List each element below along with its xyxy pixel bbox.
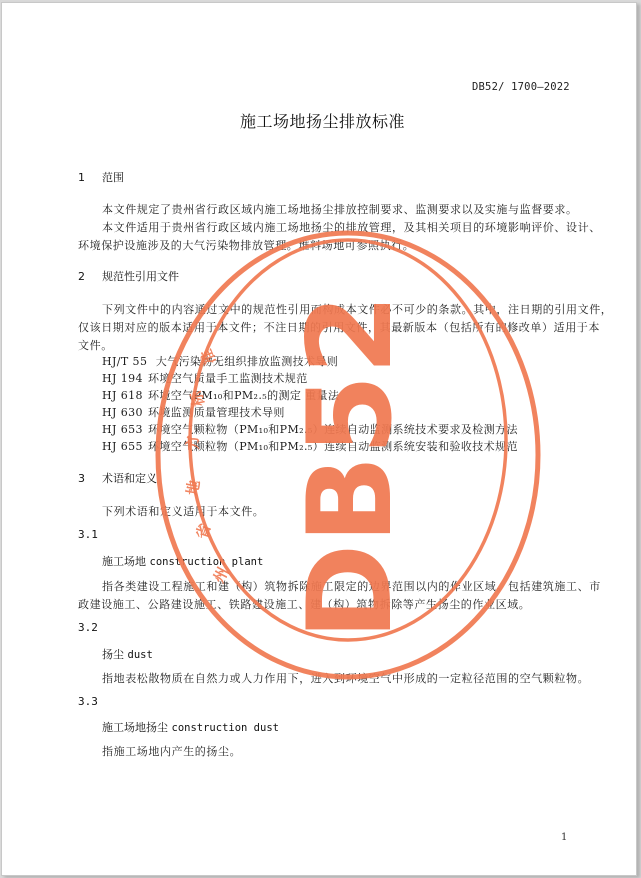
reference-item: HJ 630环境监测质量管理技术导则 (102, 404, 285, 420)
section-title: 术语和定义 (102, 472, 157, 485)
term-heading: 扬尘 dust (102, 646, 153, 662)
section-2-heading: 2规范性引用文件 (78, 268, 179, 284)
term-en: dust (128, 649, 153, 661)
reference-code: HJ 618 (102, 389, 148, 402)
term-heading: 施工场地 construction plant (102, 553, 263, 569)
document-page: DB52/ 1700—2022 施工场地扬尘排放标准 1范围 本文件规定了贵州省… (1, 2, 637, 876)
reference-item: HJ 618环境空气PM₁₀和PM₂.₅的测定 重量法 (102, 387, 339, 403)
reference-title: 环境空气颗粒物（PM₁₀和PM₂.₅）连续自动监测系统技术要求及检测方法 (148, 423, 518, 436)
section-3-heading: 3术语和定义 (78, 470, 157, 486)
standard-code: DB52/ 1700—2022 (472, 81, 570, 93)
term-definition: 指施工场地内产生的扬尘。 (102, 743, 241, 759)
paragraph-continued: 仅该日期对应的版本适用于本文件；不注日期的引用文件，其最新版本（包括所有的修改单… (78, 319, 600, 335)
page-number: 1 (561, 832, 567, 843)
reference-title: 环境空气PM₁₀和PM₂.₅的测定 重量法 (148, 389, 339, 402)
section-number: 3 (78, 472, 102, 485)
section-title: 范围 (102, 171, 124, 184)
reference-item: HJ 655环境空气颗粒物（PM₁₀和PM₂.₅）连续自动监测系统安装和验收技术… (102, 438, 518, 454)
paragraph: 下列文件中的内容通过文中的规范性引用而构成本文件必不可少的条款。其中，注日期的引… (102, 301, 612, 317)
section-1-heading: 1范围 (78, 169, 124, 185)
paragraph: 本文件适用于贵州省行政区域内施工场地扬尘的排放管理，及其相关项目的环境影响评价、… (102, 219, 601, 235)
term-number: 3.1 (78, 528, 98, 541)
reference-code: HJ 630 (102, 406, 148, 419)
term-number: 3.2 (78, 621, 98, 634)
reference-title: 大气污染物无组织排放监测技术导则 (156, 355, 338, 368)
paragraph-continued: 文件。 (78, 337, 113, 353)
reference-code: HJ 653 (102, 423, 148, 436)
paragraph: 下列术语和定义适用于本文件。 (102, 503, 264, 519)
term-zh: 施工场地扬尘 (102, 721, 168, 734)
term-definition: 指各类建设工程施工和建（构）筑物拆除施工限定的边界范围以内的作业区域。包括建筑施… (102, 578, 601, 594)
document-title: 施工场地扬尘排放标准 (2, 109, 641, 132)
section-number: 2 (78, 270, 102, 283)
reference-item: HJ 653环境空气颗粒物（PM₁₀和PM₂.₅）连续自动监测系统技术要求及检测… (102, 421, 518, 437)
reference-item: HJ 194环境空气质量手工监测技术规范 (102, 370, 308, 386)
reference-code: HJ 194 (102, 372, 148, 385)
reference-title: 环境空气颗粒物（PM₁₀和PM₂.₅）连续自动监测系统安装和验收技术规范 (148, 440, 518, 453)
term-en: construction plant (150, 556, 264, 568)
section-title: 规范性引用文件 (102, 270, 179, 283)
term-zh: 施工场地 (102, 555, 146, 568)
term-heading: 施工场地扬尘 construction dust (102, 719, 279, 735)
reference-title: 环境监测质量管理技术导则 (148, 406, 285, 419)
paragraph-continued: 环境保护设施涉及的大气污染物排放管理。堆料场地可参照执行。 (78, 237, 414, 253)
term-en: construction dust (172, 722, 279, 734)
section-number: 1 (78, 171, 102, 184)
reference-code: HJ/T 55 (102, 355, 148, 368)
term-definition-continued: 政建设施工、公路建设施工、铁路建设施工、建（构）筑物拆除等产生扬尘的作业区域。 (78, 596, 530, 612)
reference-code: HJ 655 (102, 440, 148, 453)
paragraph: 本文件规定了贵州省行政区域内施工场地扬尘排放控制要求、监测要求以及实施与监督要求… (102, 201, 578, 217)
term-definition: 指地表松散物质在自然力或人力作用下，进入到环境空气中形成的一定粒径范围的空气颗粒… (102, 670, 589, 686)
term-number: 3.3 (78, 695, 98, 708)
term-zh: 扬尘 (102, 648, 124, 661)
reference-item: HJ/T 55 大气污染物无组织排放监测技术导则 (102, 353, 338, 369)
reference-title: 环境空气质量手工监测技术规范 (148, 372, 308, 385)
